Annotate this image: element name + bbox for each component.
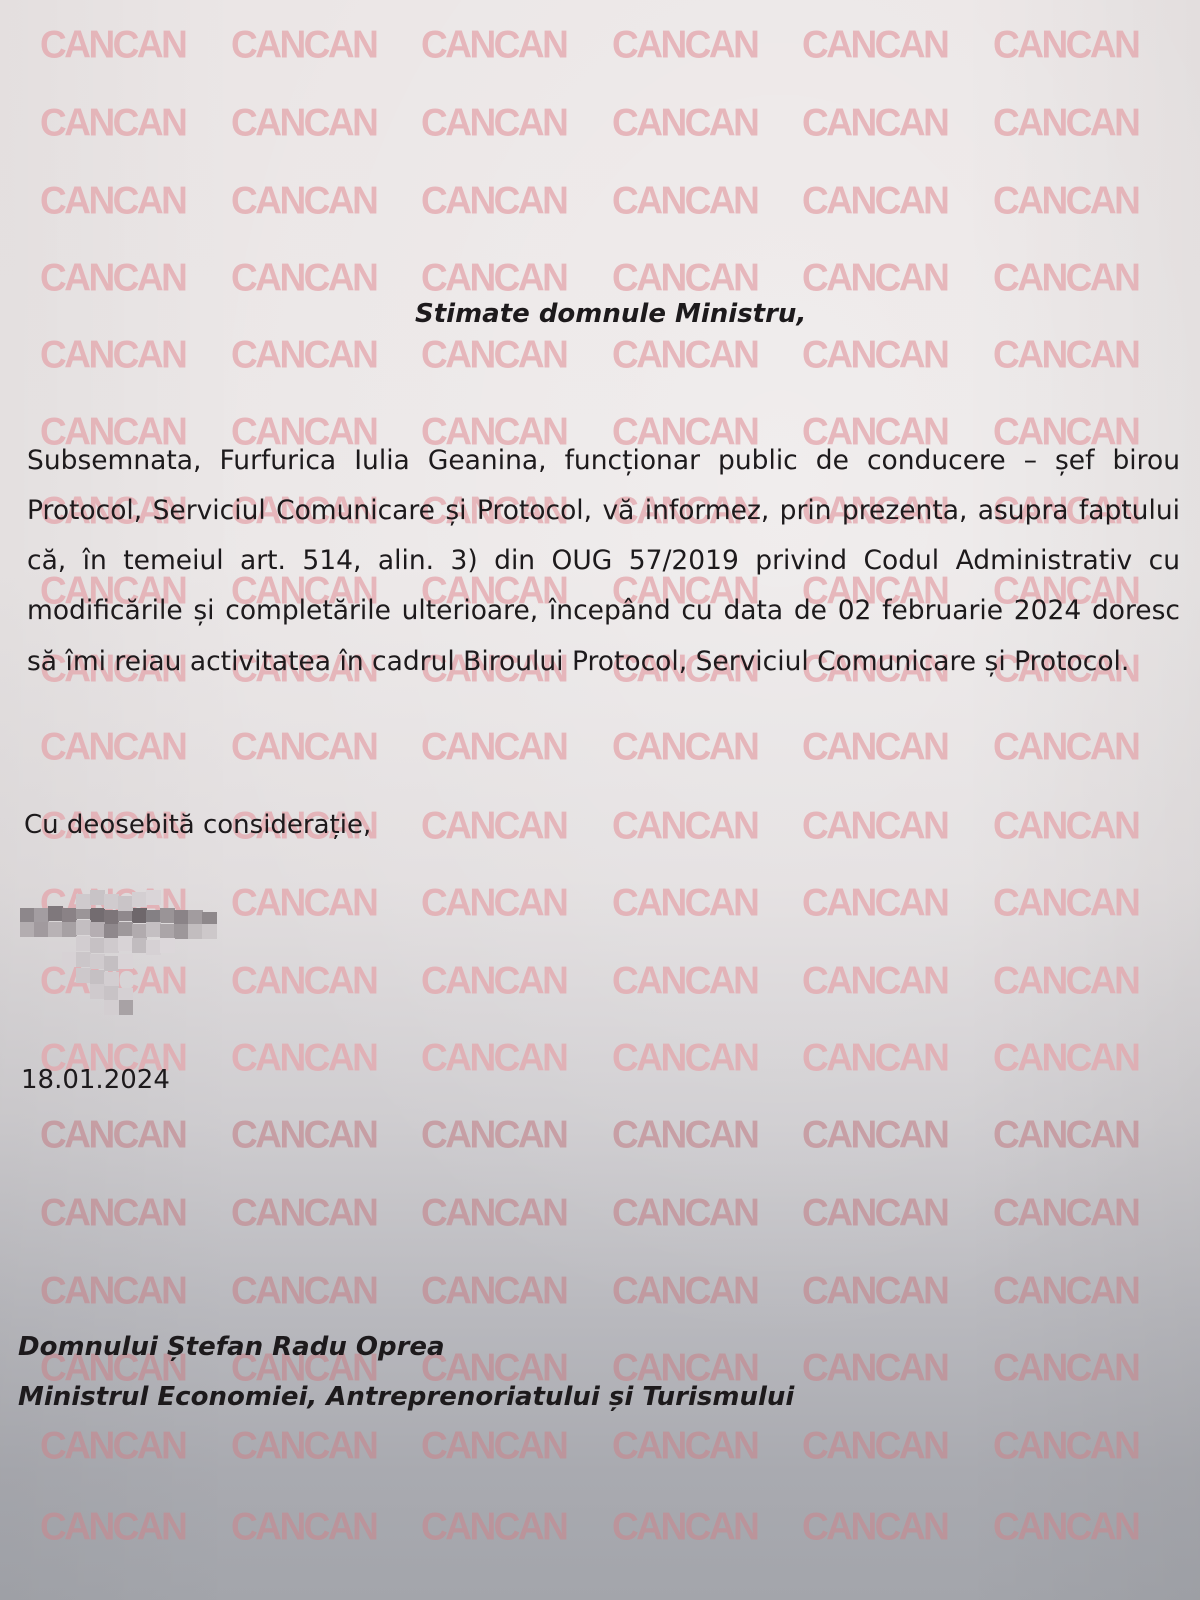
watermark-text: CANCAN (231, 1038, 376, 1077)
watermark-text: CANCAN (993, 181, 1138, 220)
watermark-text: CANCAN (612, 103, 757, 142)
watermark-text: CANCAN (993, 806, 1138, 845)
signature-pixel (90, 908, 105, 923)
watermark-text: CANCAN (802, 1115, 947, 1154)
signature-pixel (62, 922, 77, 937)
signature-pixel (188, 924, 203, 939)
watermark-text: CANCAN (40, 1115, 185, 1154)
watermark-text: CANCAN (40, 1507, 185, 1546)
watermark-text: CANCAN (231, 1507, 376, 1546)
signature-pixel (146, 890, 161, 905)
signature-pixel (76, 968, 91, 983)
watermark-text: CANCAN (802, 335, 947, 374)
watermark-text: CANCAN (612, 1038, 757, 1077)
signature-pixel (104, 972, 119, 987)
watermark-text: CANCAN (421, 1115, 566, 1154)
watermark-text: CANCAN (421, 1193, 566, 1232)
watermark-text: CANCAN (612, 25, 757, 64)
watermark-text: CANCAN (40, 258, 185, 297)
signature-pixel (48, 922, 63, 937)
signature-pixel (90, 984, 105, 999)
signature-pixel (146, 940, 161, 955)
watermark-text: CANCAN (40, 103, 185, 142)
signature-pixel (160, 908, 175, 923)
signature-pixel (90, 970, 105, 985)
watermark-text: CANCAN (40, 1193, 185, 1232)
watermark-text: CANCAN (231, 1271, 376, 1310)
addressee-title: Ministrul Economiei, Antreprenoriatului … (18, 1384, 794, 1410)
signature-pixel (90, 922, 105, 937)
watermark-text: CANCAN (40, 25, 185, 64)
watermark-text: CANCAN (421, 335, 566, 374)
watermark-text: CANCAN (231, 335, 376, 374)
watermark-text: CANCAN (612, 883, 757, 922)
watermark-text: CANCAN (993, 883, 1138, 922)
signature-pixel (104, 1000, 119, 1015)
watermark-text: CANCAN (231, 1426, 376, 1465)
watermark-text: CANCAN (802, 1193, 947, 1232)
signature-pixel (118, 936, 133, 951)
watermark-text: CANCAN (612, 1507, 757, 1546)
watermark-text: CANCAN (802, 258, 947, 297)
signature-pixel (34, 908, 49, 923)
watermark-text: CANCAN (802, 727, 947, 766)
watermark-text: CANCAN (421, 883, 566, 922)
watermark-text: CANCAN (612, 1193, 757, 1232)
signature-pixel (20, 908, 35, 923)
body-line: că, în temeiul art. 514, alin. 3) din OU… (27, 548, 1180, 575)
signature-pixel (104, 956, 119, 971)
signature-pixel (118, 954, 133, 969)
watermark-text: CANCAN (231, 961, 376, 1000)
watermark-text: CANCAN (421, 181, 566, 220)
watermark-text: CANCAN (612, 727, 757, 766)
watermark-text: CANCAN (802, 1038, 947, 1077)
body-line: modificările și completările ulterioare,… (27, 598, 1180, 625)
signature-pixel (76, 920, 91, 935)
watermark-text: CANCAN (802, 1271, 947, 1310)
signature-pixel (188, 910, 203, 925)
signature-pixel (160, 938, 175, 953)
signature-pixel (76, 936, 91, 951)
signature-pixel (174, 924, 189, 939)
watermark-text: CANCAN (802, 181, 947, 220)
watermark-text: CANCAN (40, 727, 185, 766)
signature-pixel (104, 986, 119, 1001)
watermark-text: CANCAN (421, 1507, 566, 1546)
signature-pixel (132, 892, 147, 907)
signature-pixel (90, 954, 105, 969)
watermark-text: CANCAN (993, 1271, 1138, 1310)
watermark-text: CANCAN (40, 1426, 185, 1465)
watermark-text: CANCAN (231, 258, 376, 297)
body-line-last: să îmi reiau activitatea în cadrul Birou… (27, 649, 1129, 676)
document-date: 18.01.2024 (21, 1067, 170, 1093)
watermark-text: CANCAN (993, 1426, 1138, 1465)
body-line: Subsemnata, Furfurica Iulia Geanina, fun… (27, 448, 1180, 475)
watermark-text: CANCAN (421, 1426, 566, 1465)
signature-pixel (118, 1000, 133, 1015)
watermark-text: CANCAN (993, 335, 1138, 374)
watermark-text: CANCAN (231, 181, 376, 220)
signature-pixel (90, 938, 105, 953)
watermark-text: CANCAN (802, 25, 947, 64)
watermark-text: CANCAN (231, 25, 376, 64)
watermark-text: CANCAN (802, 1507, 947, 1546)
watermark-text: CANCAN (612, 806, 757, 845)
watermark-text: CANCAN (993, 1507, 1138, 1546)
watermark-text: CANCAN (612, 1115, 757, 1154)
watermark-text: CANCAN (421, 806, 566, 845)
watermark-text: CANCAN (802, 1426, 947, 1465)
watermark-text: CANCAN (802, 103, 947, 142)
watermark-text: CANCAN (612, 258, 757, 297)
watermark-text: CANCAN (40, 1271, 185, 1310)
watermark-text: CANCAN (612, 1426, 757, 1465)
signature-pixel (104, 910, 119, 925)
signature-pixel (132, 938, 147, 953)
watermark-text: CANCAN (231, 1115, 376, 1154)
watermark-text: CANCAN (993, 258, 1138, 297)
signature-pixel (132, 908, 147, 923)
watermark-text: CANCAN (231, 1193, 376, 1232)
watermark-text: CANCAN (421, 961, 566, 1000)
watermark-text: CANCAN (612, 961, 757, 1000)
watermark-text: CANCAN (421, 1271, 566, 1310)
signature-pixel (132, 924, 147, 939)
watermark-text: CANCAN (421, 1038, 566, 1077)
watermark-text: CANCAN (993, 103, 1138, 142)
signature-pixel (118, 896, 133, 911)
watermark-text: CANCAN (612, 335, 757, 374)
addressee-name: Domnului Ștefan Radu Oprea (18, 1334, 445, 1360)
watermark-text: CANCAN (612, 1271, 757, 1310)
watermark-text: CANCAN (993, 1038, 1138, 1077)
signature-pixel (160, 924, 175, 939)
watermark-text: CANCAN (231, 883, 376, 922)
watermark-text: CANCAN (421, 25, 566, 64)
watermark-text: CANCAN (993, 25, 1138, 64)
watermark-text: CANCAN (421, 103, 566, 142)
watermark-text: CANCAN (802, 961, 947, 1000)
signature-pixel (62, 908, 77, 923)
signature-pixel (76, 952, 91, 967)
watermark-text: CANCAN (231, 103, 376, 142)
signature-pixel (146, 922, 161, 937)
signature-pixel (20, 922, 35, 937)
redacted-signature (20, 868, 230, 1018)
signature-pixel (62, 952, 77, 967)
watermark-text: CANCAN (612, 181, 757, 220)
signature-pixel (104, 894, 119, 909)
watermark-text: CANCAN (802, 806, 947, 845)
watermark-text: CANCAN (993, 1348, 1138, 1387)
watermark-text: CANCAN (421, 258, 566, 297)
signature-pixel (34, 922, 49, 937)
signature-pixel (104, 924, 119, 939)
signature-pixel (76, 894, 91, 909)
watermark-text: CANCAN (993, 1193, 1138, 1232)
signature-pixel (118, 922, 133, 937)
signature-pixel (48, 906, 63, 921)
signature-pixel (174, 910, 189, 925)
watermark-text: CANCAN (802, 1348, 947, 1387)
body-line: Protocol, Serviciul Comunicare și Protoc… (27, 498, 1180, 525)
watermark-text: CANCAN (40, 335, 185, 374)
watermark-text: CANCAN (993, 1115, 1138, 1154)
watermark-text: CANCAN (421, 727, 566, 766)
closing-formula: Cu deosebită considerație, (24, 812, 371, 838)
signature-pixel (90, 890, 105, 905)
signature-pixel (202, 924, 217, 939)
watermark-text: CANCAN (40, 181, 185, 220)
signature-pixel (104, 938, 119, 953)
salutation: Stimate domnule Ministru, (415, 301, 806, 327)
watermark-text: CANCAN (231, 727, 376, 766)
watermark-text: CANCAN (802, 883, 947, 922)
watermark-text: CANCAN (993, 961, 1138, 1000)
watermark-text: CANCAN (993, 727, 1138, 766)
